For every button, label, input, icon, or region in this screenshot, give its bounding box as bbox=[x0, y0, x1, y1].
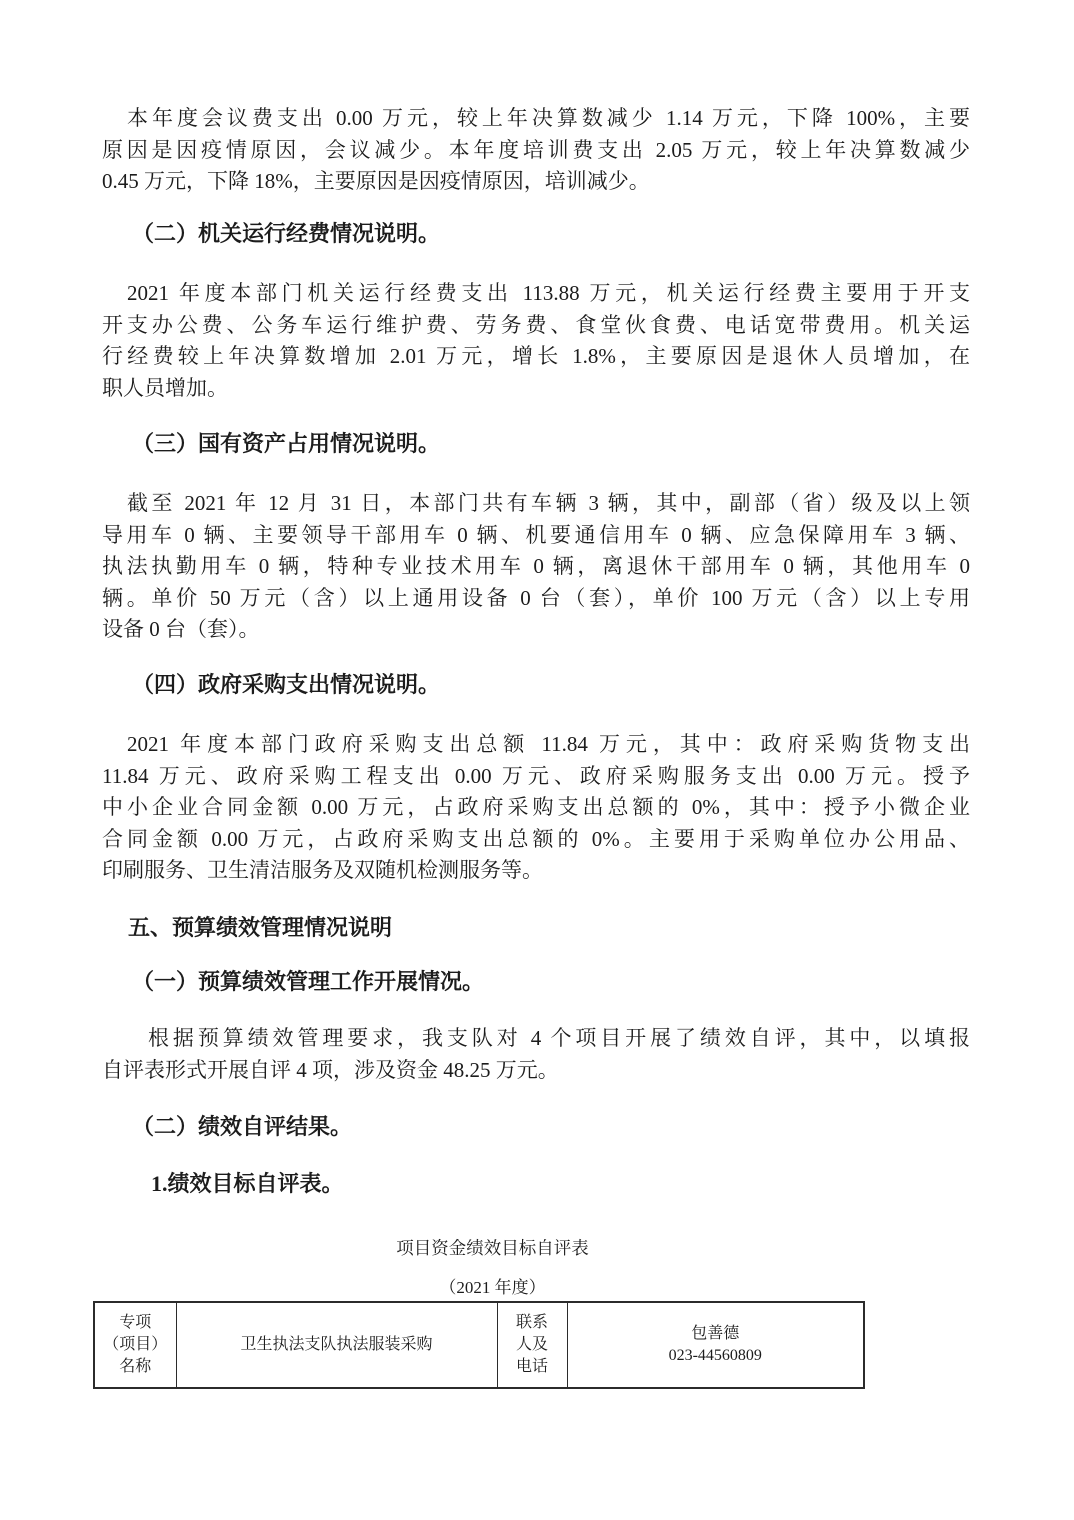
text-line: 职人员增加。 bbox=[102, 373, 970, 405]
text-line: 开支办公费、公务车运行维护费、劳务费、食堂伙食费、电话宽带费用。机关运 bbox=[102, 310, 970, 342]
table-subtitle-year: （2021 年度） bbox=[0, 1277, 985, 1299]
text-line: 2021 年度本部门政府采购支出总额 11.84 万元，其中：政府采购货物支出 bbox=[102, 729, 970, 761]
self-evaluation-table: 专项（项目）名称 卫生执法支队执法服装采购 联系人及电话 包善德 023-445… bbox=[93, 1301, 865, 1389]
text-line: 辆。单价 50 万元（含）以上通用设备 0 台（套），单价 100 万元（含）以… bbox=[102, 583, 970, 615]
text-line: 自评表形式开展自评 4 项，涉及资金 48.25 万元。 bbox=[102, 1055, 970, 1087]
para-performance-self-evaluation: 根据预算绩效管理要求，我支队对 4 个项目开展了绩效自评，其中，以填报自评表形式… bbox=[102, 1023, 970, 1086]
text-line: 原因是因疫情原因，会议减少。本年度培训费支出 2.05 万元，较上年决算数减少 bbox=[102, 135, 970, 167]
text-line: 执法执勤用车 0 辆，特种专业技术用车 0 辆，离退休干部用车 0 辆，其他用车… bbox=[102, 551, 970, 583]
heading-5-1-performance-work: （一）预算绩效管理工作开展情况。 bbox=[102, 966, 970, 998]
text-line: 设备 0 台（套）。 bbox=[102, 614, 970, 646]
text-line: 2021 年度本部门机关运行经费支出 113.88 万元，机关运行经费主要用于开… bbox=[102, 278, 970, 310]
text-line: 行经费较上年决算数增加 2.01 万元，增长 1.8%，主要原因是退休人员增加，… bbox=[102, 341, 970, 373]
text-line: 联系 bbox=[502, 1312, 563, 1334]
para-state-assets: 截至 2021 年 12 月 31 日，本部门共有车辆 3 辆，其中，副部（省）… bbox=[102, 488, 970, 646]
heading-section-5-budget-performance: 五、预算绩效管理情况说明 bbox=[102, 912, 970, 944]
para-meeting-training-fee: 本年度会议费支出 0.00 万元，较上年决算数减少 1.14 万元，下降 100… bbox=[102, 103, 970, 198]
heading-performance-target-table: 1.绩效目标自评表。 bbox=[102, 1168, 970, 1200]
heading-section-3-state-assets: （三）国有资产占用情况说明。 bbox=[102, 428, 970, 460]
text-line: 专项 bbox=[99, 1312, 172, 1334]
contact-name: 包善德 bbox=[572, 1323, 860, 1345]
table-title: 项目资金绩效目标自评表 bbox=[0, 1237, 985, 1259]
para-government-procurement: 2021 年度本部门政府采购支出总额 11.84 万元，其中：政府采购货物支出1… bbox=[102, 729, 970, 887]
text-line: 截至 2021 年 12 月 31 日，本部门共有车辆 3 辆，其中，副部（省）… bbox=[102, 488, 970, 520]
table-row: 专项（项目）名称 卫生执法支队执法服装采购 联系人及电话 包善德 023-445… bbox=[94, 1302, 864, 1388]
text-line: （项目） bbox=[99, 1334, 172, 1356]
text-line: 0.45 万元，下降 18%，主要原因是因疫情原因，培训减少。 bbox=[102, 166, 970, 198]
text-line: 11.84 万元、政府采购工程支出 0.00 万元、政府采购服务支出 0.00 … bbox=[102, 761, 970, 793]
text-line: 中小企业合同金额 0.00 万元，占政府采购支出总额的 0%，其中：授予小微企业 bbox=[102, 792, 970, 824]
heading-section-4-government-procurement: （四）政府采购支出情况说明。 bbox=[102, 669, 970, 701]
heading-section-2-agency-operating-costs: （二）机关运行经费情况说明。 bbox=[102, 218, 970, 250]
cell-project-name-label: 专项（项目）名称 bbox=[94, 1302, 176, 1388]
text-line: 本年度会议费支出 0.00 万元，较上年决算数减少 1.14 万元，下降 100… bbox=[102, 103, 970, 135]
cell-contact-label: 联系人及电话 bbox=[497, 1302, 567, 1388]
text-line: 印刷服务、卫生清洁服务及双随机检测服务等。 bbox=[102, 855, 970, 887]
text-line: 电话 bbox=[502, 1356, 563, 1378]
para-agency-operating-costs: 2021 年度本部门机关运行经费支出 113.88 万元，机关运行经费主要用于开… bbox=[102, 278, 970, 404]
heading-5-2-self-evaluation-results: （二）绩效自评结果。 bbox=[102, 1111, 970, 1143]
text-line: 根据预算绩效管理要求，我支队对 4 个项目开展了绩效自评，其中，以填报 bbox=[102, 1023, 970, 1055]
text-line: 人及 bbox=[502, 1334, 563, 1356]
text-line: 合同金额 0.00 万元，占政府采购支出总额的 0%。主要用于采购单位办公用品、 bbox=[102, 824, 970, 856]
text-line: 导用车 0 辆、主要领导干部用车 0 辆、机要通信用车 0 辆、应急保障用车 3… bbox=[102, 520, 970, 552]
cell-project-name-value: 卫生执法支队执法服装采购 bbox=[176, 1302, 497, 1388]
text-line: 名称 bbox=[99, 1356, 172, 1378]
contact-phone: 023-44560809 bbox=[572, 1345, 860, 1367]
document-page: 本年度会议费支出 0.00 万元，较上年决算数减少 1.14 万元，下降 100… bbox=[0, 0, 1074, 1520]
cell-contact-value: 包善德 023-44560809 bbox=[567, 1302, 864, 1388]
